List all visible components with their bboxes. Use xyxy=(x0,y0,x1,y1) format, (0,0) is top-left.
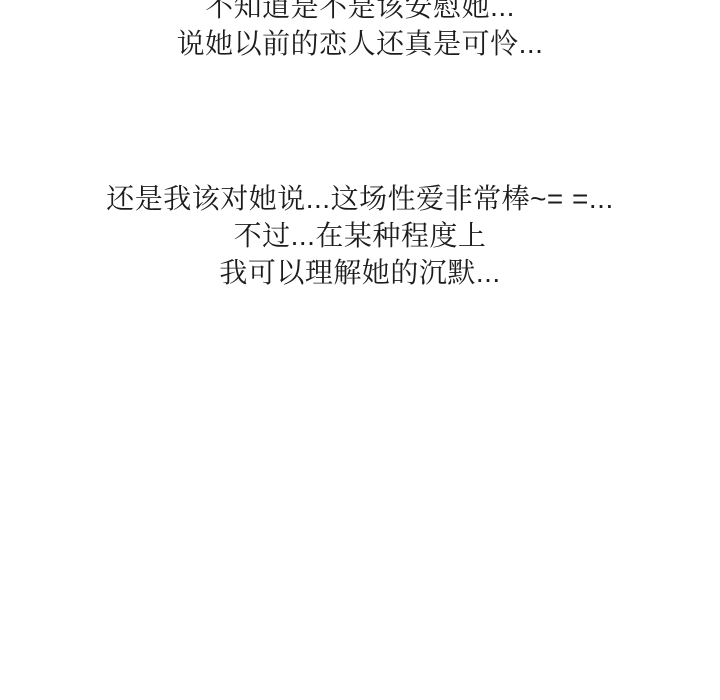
comic-page: 不知道是不是该安慰她... 说她以前的恋人还真是可怜... 还是我该对她说...… xyxy=(0,0,720,700)
narration-line: 说她以前的恋人还真是可怜... xyxy=(0,25,720,62)
narration-line: 不过...在某种程度上 xyxy=(0,217,720,254)
narration-block-top: 不知道是不是该安慰她... 说她以前的恋人还真是可怜... xyxy=(0,0,720,62)
narration-block-middle: 还是我该对她说...这场性爱非常棒~= =... 不过...在某种程度上 我可以… xyxy=(0,180,720,291)
narration-line: 还是我该对她说...这场性爱非常棒~= =... xyxy=(0,180,720,217)
narration-line: 我可以理解她的沉默... xyxy=(0,254,720,291)
narration-line: 不知道是不是该安慰她... xyxy=(0,0,720,25)
